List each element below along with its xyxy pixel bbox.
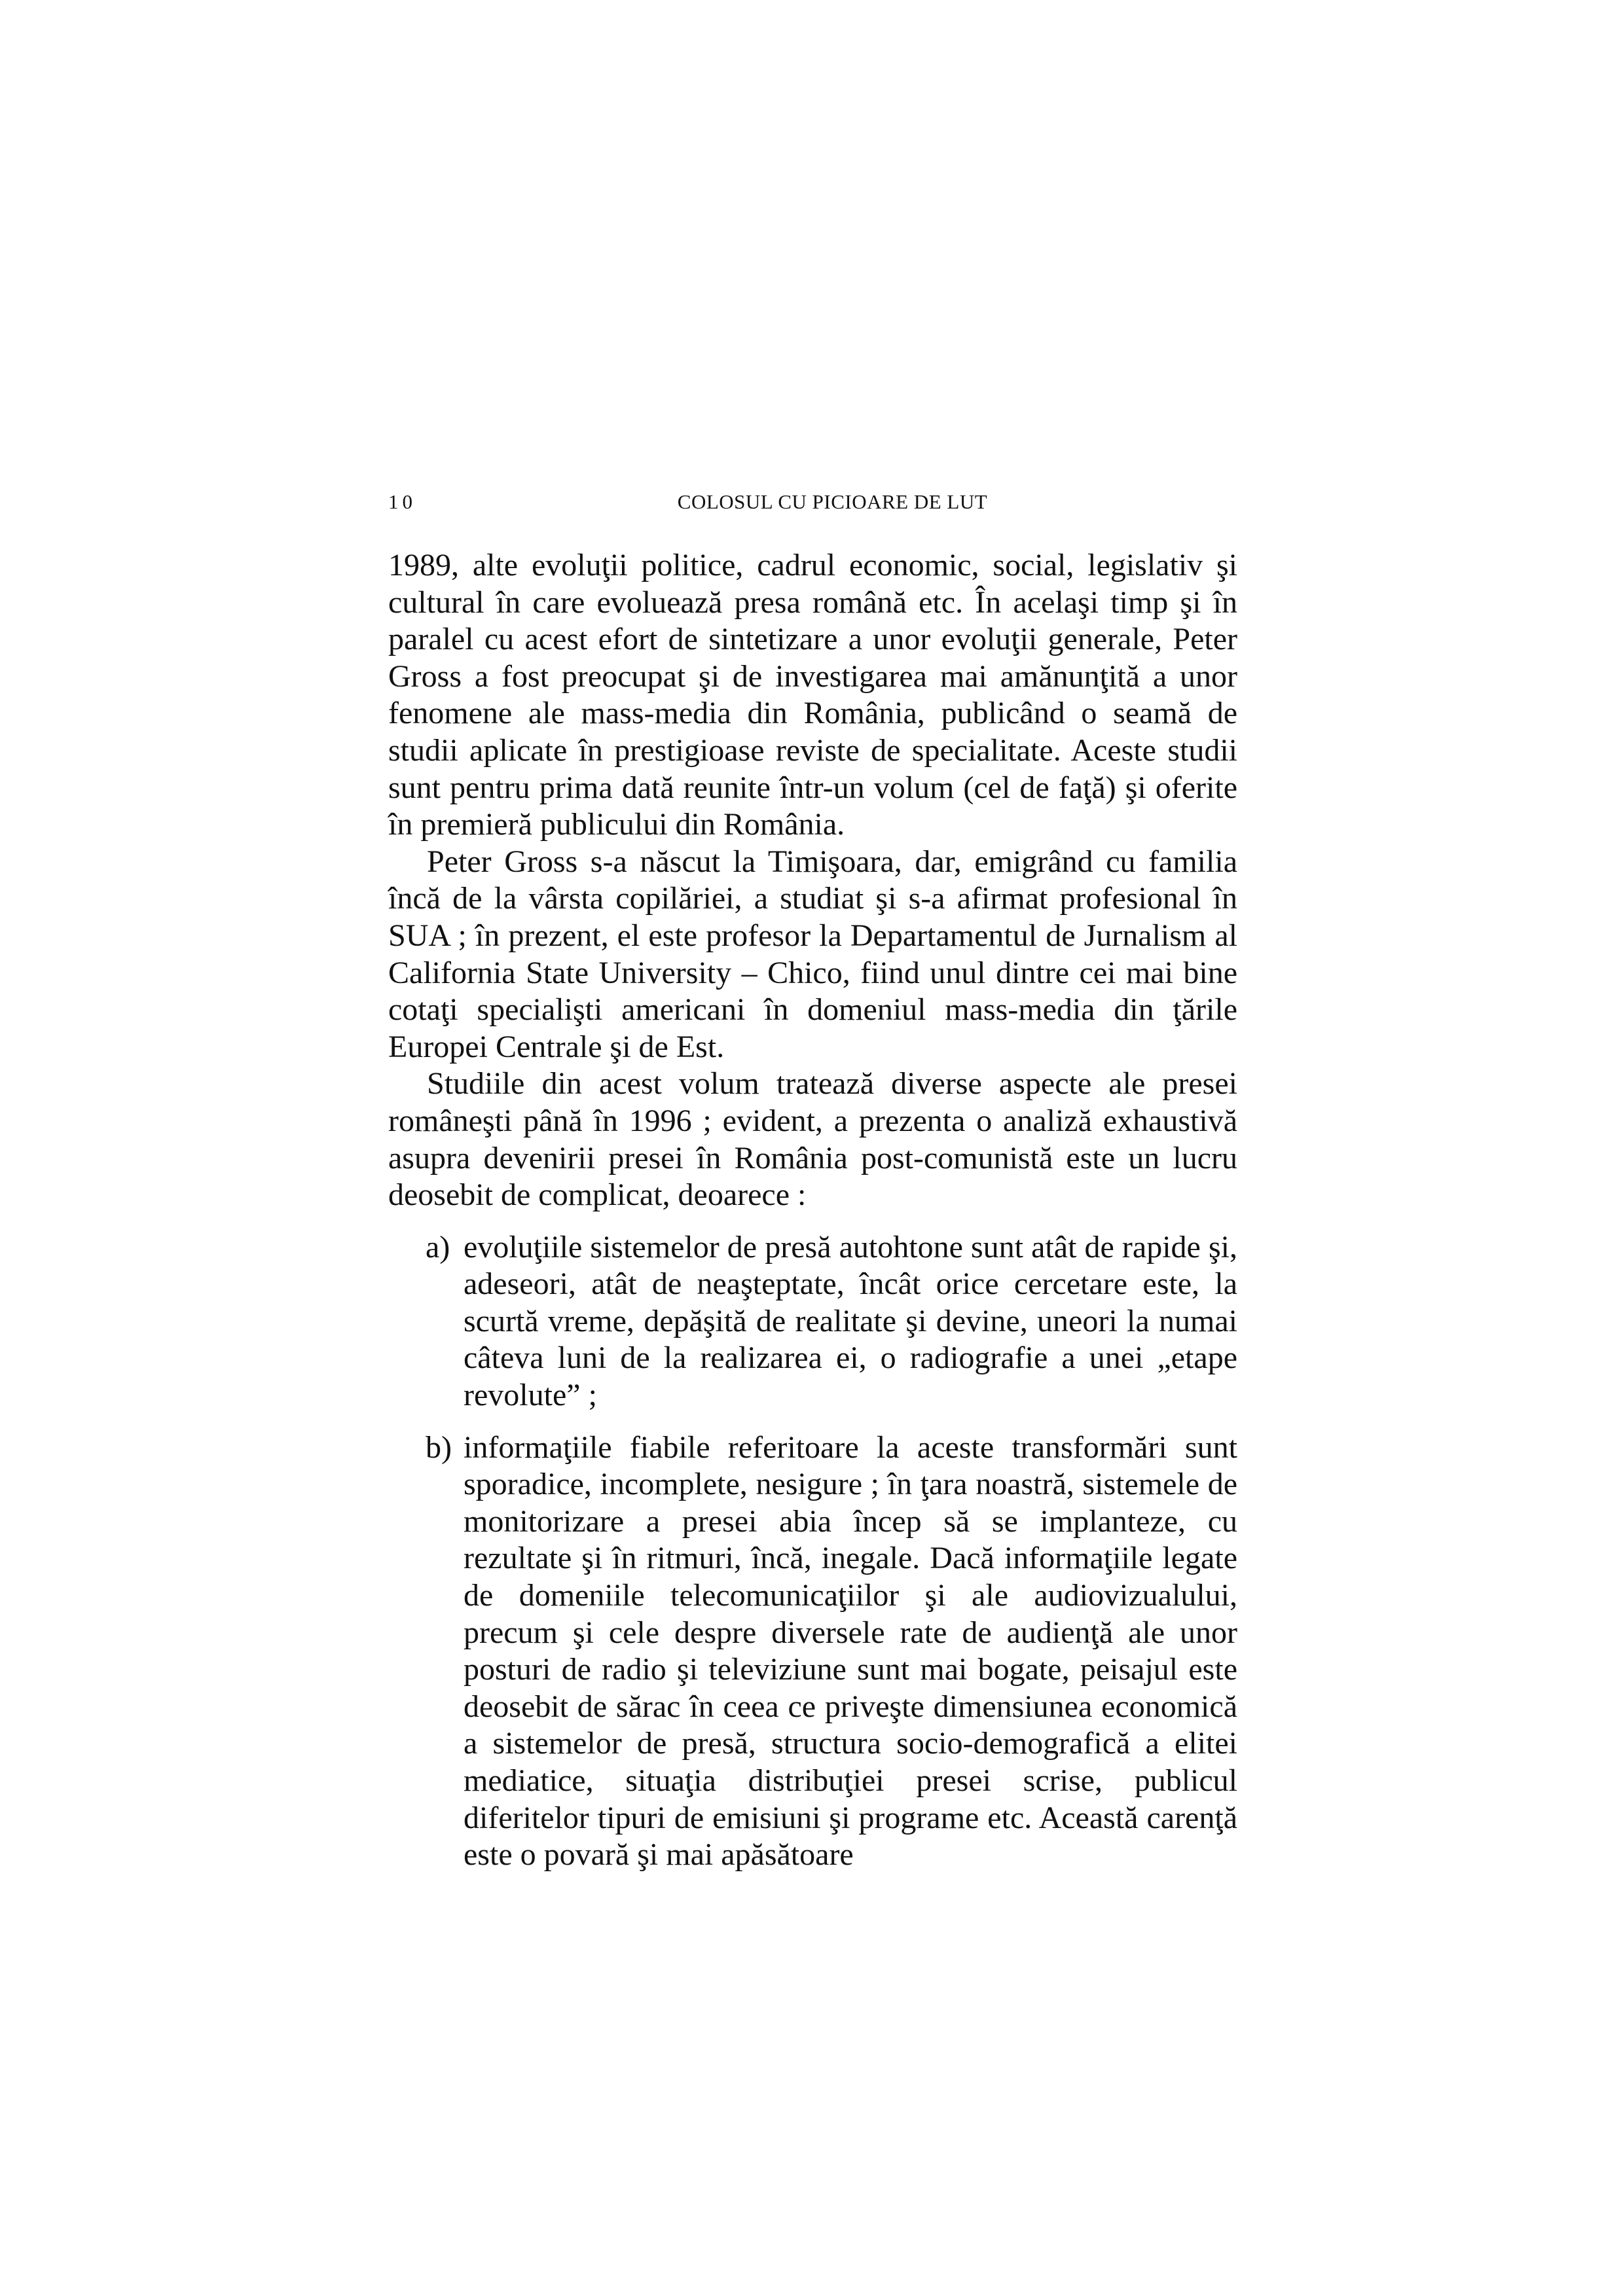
running-header: 10 COLOSUL CU PICIOARE DE LUT <box>388 490 1237 514</box>
list-item: b) informaţiile fiabile referitoare la a… <box>388 1429 1237 1874</box>
running-title: COLOSUL CU PICIOARE DE LUT <box>388 490 1237 514</box>
paragraph-author-bio: Peter Gross s-a născut la Timişoara, dar… <box>388 844 1237 1066</box>
list-item-text: evoluţiile sistemelor de presă autohtone… <box>464 1229 1237 1414</box>
body-text: 1989, alte evoluţii politice, cadrul eco… <box>388 547 1237 1889</box>
list-item-text: informaţiile fiabile referitoare la aces… <box>464 1429 1237 1874</box>
list-item: a) evoluţiile sistemelor de presă autoht… <box>388 1229 1237 1414</box>
paragraph-studies-intro: Studiile din acest volum tratează divers… <box>388 1066 1237 1213</box>
book-page: 10 COLOSUL CU PICIOARE DE LUT 1989, alte… <box>0 0 1623 2296</box>
reasons-list: a) evoluţiile sistemelor de presă autoht… <box>388 1229 1237 1874</box>
list-marker: b) <box>426 1429 452 1467</box>
paragraph-continuation: 1989, alte evoluţii politice, cadrul eco… <box>388 547 1237 844</box>
list-marker: a) <box>426 1229 450 1266</box>
